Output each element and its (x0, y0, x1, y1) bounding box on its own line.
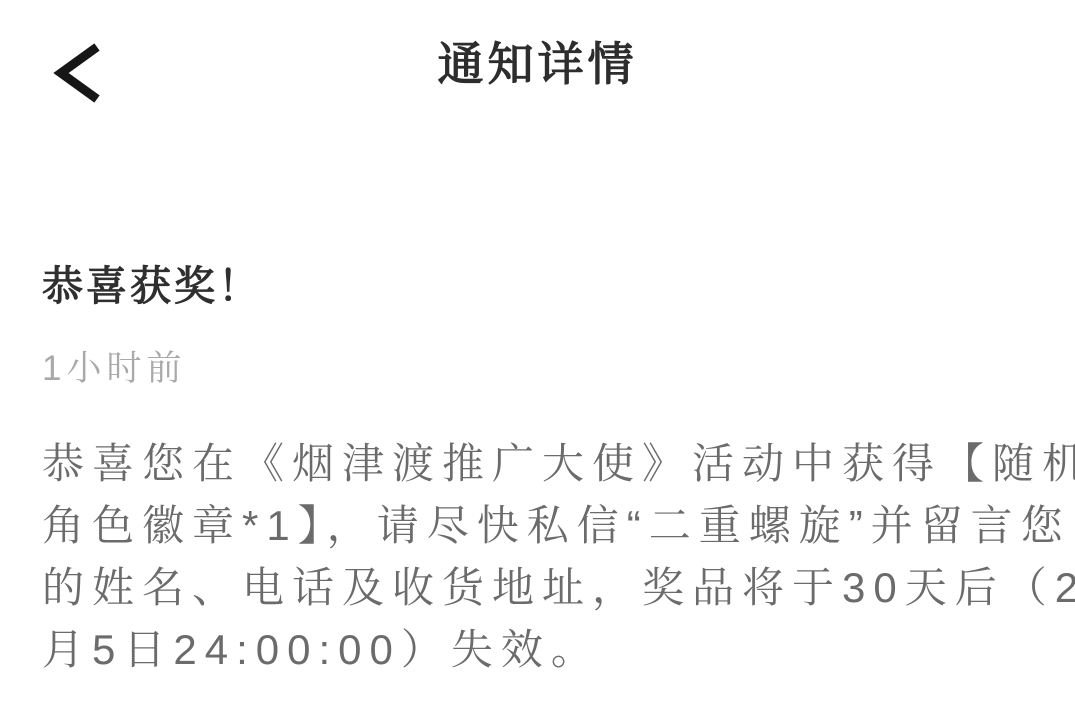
chevron-left-icon (51, 42, 101, 104)
notification-timestamp: 1小时前 (42, 346, 1037, 392)
body-line: 的姓名、电话及收货地址，奖品将于30天后（2 (42, 557, 1037, 619)
page-title: 通知详情 (438, 38, 638, 90)
body-line: 角色徽章*1】，请尽快私信“二重螺旋”并留言您 (42, 495, 1037, 557)
back-button[interactable] (48, 42, 104, 104)
body-line: 月5日24:00:00）失效。 (42, 619, 1037, 681)
notification-body: 恭喜您在《烟津渡推广大使》活动中获得【随机 角色徽章*1】，请尽快私信“二重螺旋… (42, 433, 1037, 681)
header: 通知详情 (0, 0, 1075, 102)
notification-title: 恭喜获奖！ (42, 260, 1037, 312)
body-line: 恭喜您在《烟津渡推广大使》活动中获得【随机 (42, 433, 1037, 495)
notification-detail-page: 通知详情 恭喜获奖！ 1小时前 恭喜您在《烟津渡推广大使》活动中获得【随机 角色… (0, 0, 1075, 681)
notification-content: 恭喜获奖！ 1小时前 恭喜您在《烟津渡推广大使》活动中获得【随机 角色徽章*1】… (0, 260, 1075, 681)
